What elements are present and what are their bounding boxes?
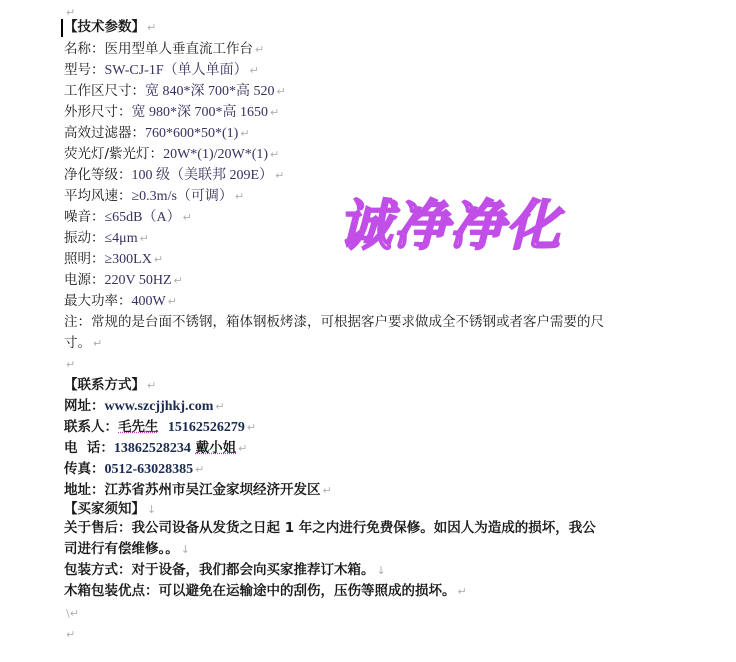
spec-row-max-power: 最大功率：400W↵ — [64, 291, 177, 312]
spec-row-clean-grade: 净化等级：100 级（美联邦 209E）↵ — [64, 165, 284, 186]
buyer-heading: 【买家须知】↓ — [64, 499, 156, 520]
contact-address: 地址：江苏省苏州市吴江金家坝经济开发区↵ — [64, 480, 332, 501]
spec-row-power-supply: 电源：220V 50HZ↵ — [64, 270, 183, 291]
contact-person: 联系人：毛先生 15162526279↵ — [64, 417, 256, 438]
buyer-crate-advantage: 木箱包装优点：可以避免在运输途中的刮伤，压伤等照成的损坏。↵ — [64, 581, 467, 602]
buyer-aftersale-line1: 关于售后：我公司设备从发货之日起 1 年之内进行免费保修。如因人为造成的损坏，我… — [64, 518, 596, 539]
text-cursor — [61, 19, 63, 37]
spec-row-outer-size: 外形尺寸：宽 980*深 700*高 1650↵ — [64, 102, 279, 123]
spec-row-noise: 噪音：≤65dB（A）↵ — [64, 207, 192, 228]
spec-note-line1: 注：常规的是台面不锈钢，箱体钢板烤漆，可根据客户要求做成全不锈钢或者客户需要的尺 — [64, 312, 604, 333]
spec-row-air-speed: 平均风速：≥0.3m/s（可调）↵ — [64, 186, 244, 207]
website-link: www.szcjjhkj.com — [105, 399, 214, 414]
spec-row-model: 型号：SW-CJ-1F（单人单面）↵ — [64, 60, 259, 81]
buyer-aftersale-line2: 司进行有偿维修。。↓ — [64, 539, 190, 560]
contact-website: 网址：www.szcjjhkj.com↵ — [64, 396, 225, 417]
empty-paragraph: \↵ — [64, 603, 79, 624]
contact-fax: 传真：0512-63028385↵ — [64, 459, 204, 480]
spec-row-work-size: 工作区尺寸：宽 840*深 700*高 520↵ — [64, 81, 286, 102]
contact-heading: 【联系方式】↵ — [64, 375, 156, 396]
spec-row-filter: 高效过滤器：760*600*50*(1)↵ — [64, 123, 250, 144]
contact-tel: 电 话：13862528234 戴小姐↵ — [64, 438, 247, 459]
tech-heading: 【技术参数】↵ — [64, 17, 156, 38]
empty-paragraph: ↵ — [64, 354, 75, 375]
spec-note-line2: 寸。↵ — [64, 333, 102, 354]
spec-row-lamp: 荧光灯/紫光灯：20W*(1)/20W*(1)↵ — [64, 144, 279, 165]
spec-row-lighting: 照明：≥300LX↵ — [64, 249, 163, 270]
spec-row-name: 名称：医用型单人垂直流工作台↵ — [64, 39, 264, 60]
spec-row-vibration: 振动：≤4μm↵ — [64, 228, 149, 249]
empty-paragraph: ↵ — [64, 624, 75, 645]
buyer-packaging: 包装方式：对于设备，我们都会向买家推荐订木箱。↓ — [64, 560, 386, 581]
brand-watermark: 诚净净化 — [338, 190, 562, 260]
